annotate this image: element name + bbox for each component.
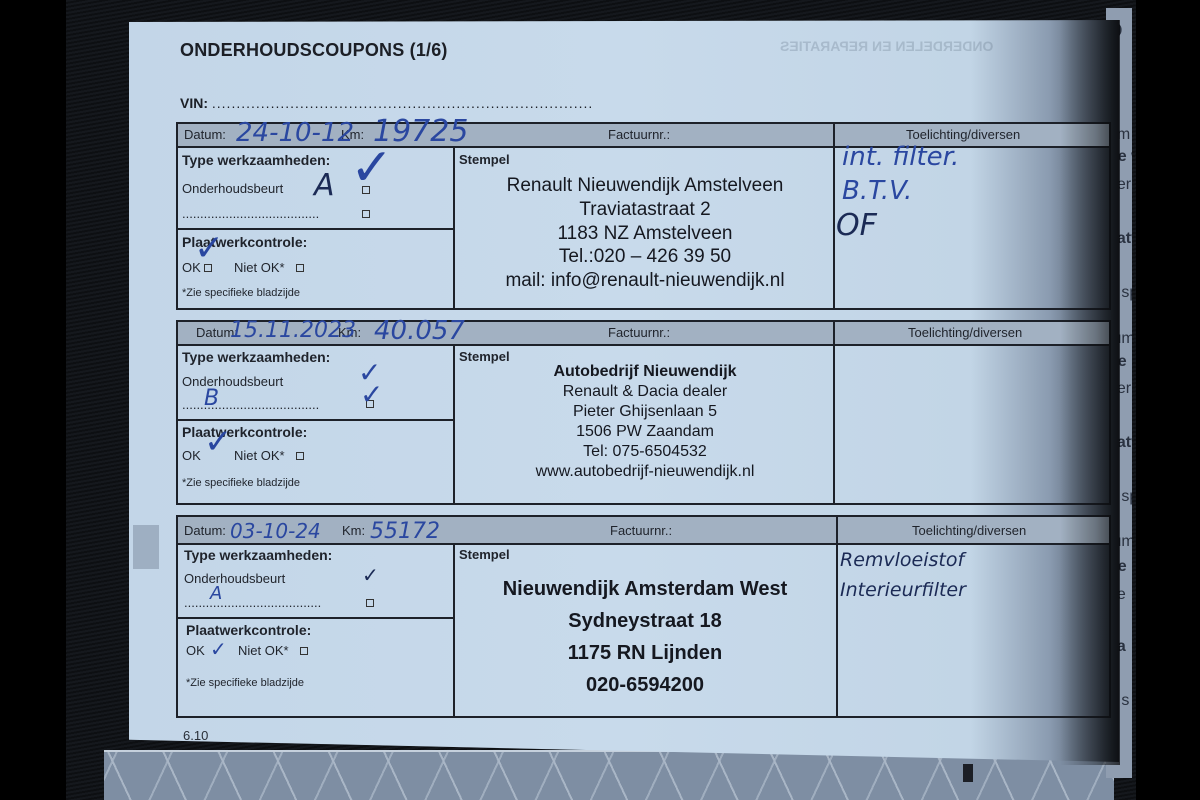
stamp-line: Traviatastraat 2 — [455, 198, 835, 222]
niet-ok-label: Niet OK* — [234, 448, 285, 463]
handwritten-date: 24-10-12 — [236, 118, 354, 148]
ok-label: OK — [182, 448, 201, 463]
datum-label: Datum: — [184, 127, 226, 142]
dealer-stamp: Autobedrijf Nieuwendijk Renault & Dacia … — [455, 362, 835, 482]
onderhoudsbeurt-label: Onderhoudsbeurt — [184, 571, 285, 586]
factuurnr-label: Factuurnr.: — [608, 127, 670, 142]
onderhoudsbeurt-label: Onderhoudsbeurt — [182, 181, 283, 196]
stempel-label: Stempel — [459, 547, 510, 562]
stamp-line: Tel.:020 – 426 39 50 — [455, 245, 835, 269]
datum-label: Datum: — [184, 523, 226, 538]
handwritten-extra-work: B — [204, 386, 219, 411]
dealer-stamp: Renault Nieuwendijk Amstelveen Traviatas… — [455, 174, 835, 293]
column-divider — [836, 517, 838, 716]
check-mark-icon: ✓ — [210, 637, 227, 661]
factuurnr-label: Factuurnr.: — [610, 523, 672, 538]
handwritten-note: B.T.V. — [842, 176, 912, 206]
check-mark-icon: ✓ — [350, 138, 394, 198]
stamp-line: Pieter Ghijsenlaan 5 — [455, 402, 835, 422]
toelichting-label: Toelichting/diversen — [906, 127, 1020, 142]
niet-ok-checkbox[interactable] — [300, 647, 308, 655]
handwritten-note: OF — [836, 208, 877, 243]
niet-ok-label: Niet OK* — [238, 643, 289, 658]
dealer-stamp: Nieuwendijk Amsterdam West Sydneystraat … — [455, 573, 835, 701]
check-mark-icon: ✓ — [362, 563, 379, 587]
coupon-1: Datum: Km: Factuurnr.: Toelichting/diver… — [176, 122, 1111, 310]
stamp-line: 1506 PW Zaandam — [455, 422, 835, 442]
handwritten-km: 40.057 — [374, 316, 465, 346]
stamp-line: Renault Nieuwendijk Amstelveen — [455, 174, 835, 198]
show-through-heading: ONDERDELEN EN REPARATIES — [780, 38, 993, 54]
stempel-label: Stempel — [459, 152, 510, 167]
extra-work-line: ...................................... — [184, 595, 321, 610]
page-marker — [963, 764, 973, 782]
page-curl-shadow — [1060, 20, 1120, 765]
handwritten-note: Interieurfilter — [840, 579, 966, 601]
page-tab-marker — [133, 525, 159, 569]
handwritten-note: Remvloeistof — [840, 549, 964, 571]
vin-label: VIN: — [180, 95, 208, 111]
page-number: 6.10 — [183, 728, 208, 743]
page-title: ONDERHOUDSCOUPONS (1/6) — [180, 40, 448, 61]
stamp-line: www.autobedrijf-nieuwendijk.nl — [455, 462, 835, 482]
section-divider — [178, 617, 453, 619]
plaatwerkcontrole-label: Plaatwerkcontrole: — [182, 424, 307, 440]
extra-work-checkbox[interactable] — [366, 599, 374, 607]
extra-work-line: ...................................... — [182, 397, 319, 412]
niet-ok-checkbox[interactable] — [296, 452, 304, 460]
toelichting-label: Toelichting/diversen — [912, 523, 1026, 538]
stamp-line: Sydneystraat 18 — [455, 605, 835, 637]
check-mark-icon: ✓ — [360, 378, 383, 411]
footnote: *Zie specifieke bladzijde — [186, 677, 304, 689]
onderhoudsbeurt-label: Onderhoudsbeurt — [182, 374, 283, 389]
section-divider — [178, 419, 453, 421]
ok-label: OK — [186, 643, 205, 658]
plaatwerkcontrole-label: Plaatwerkcontrole: — [186, 622, 311, 638]
coupon-3: Datum: Km: Factuurnr.: Toelichting/diver… — [176, 515, 1111, 718]
type-werkzaamheden-label: Type werkzaamheden: — [182, 152, 330, 168]
stamp-line: mail: info@renault-nieuwendijk.nl — [455, 269, 835, 293]
stamp-line: 1183 NZ Amstelveen — [455, 222, 835, 246]
handwritten-service-type: A — [314, 168, 335, 203]
vin-field: VIN: ...................................… — [180, 95, 593, 111]
stamp-line: 020-6594200 — [455, 669, 835, 701]
stamp-line: Tel: 075-6504532 — [455, 442, 835, 462]
km-label: Km: — [342, 523, 365, 538]
vin-dotted-line: ........................................… — [212, 95, 593, 111]
type-werkzaamheden-label: Type werkzaamheden: — [184, 547, 332, 563]
handwritten-date: 15.11.2023 — [230, 318, 356, 343]
coupon-2: Datum: Km: Factuurnr.: Toelichting/diver… — [176, 320, 1111, 505]
extra-work-line: ...................................... — [182, 206, 319, 221]
toelichting-label: Toelichting/diversen — [908, 325, 1022, 340]
handwritten-note: int. filter. — [842, 142, 959, 172]
type-werkzaamheden-label: Type werkzaamheden: — [182, 349, 330, 365]
stamp-line: 1175 RN Lijnden — [455, 637, 835, 669]
handwritten-km: 55172 — [370, 519, 440, 544]
stamp-line: Renault & Dacia dealer — [455, 382, 835, 402]
check-mark-icon: ✓ — [194, 228, 224, 269]
stamp-line: Nieuwendijk Amsterdam West — [455, 573, 835, 605]
footnote: *Zie specifieke bladzijde — [182, 287, 300, 299]
niet-ok-label: Niet OK* — [234, 260, 285, 275]
factuurnr-label: Factuurnr.: — [608, 325, 670, 340]
check-mark-icon: ✓ — [204, 422, 233, 462]
handwritten-extra-work: A — [210, 583, 222, 604]
niet-ok-checkbox[interactable] — [296, 264, 304, 272]
extra-work-checkbox[interactable] — [362, 210, 370, 218]
footnote: *Zie specifieke bladzijde — [182, 477, 300, 489]
stamp-line: Autobedrijf Nieuwendijk — [455, 362, 835, 382]
handwritten-date: 03-10-24 — [230, 519, 321, 543]
